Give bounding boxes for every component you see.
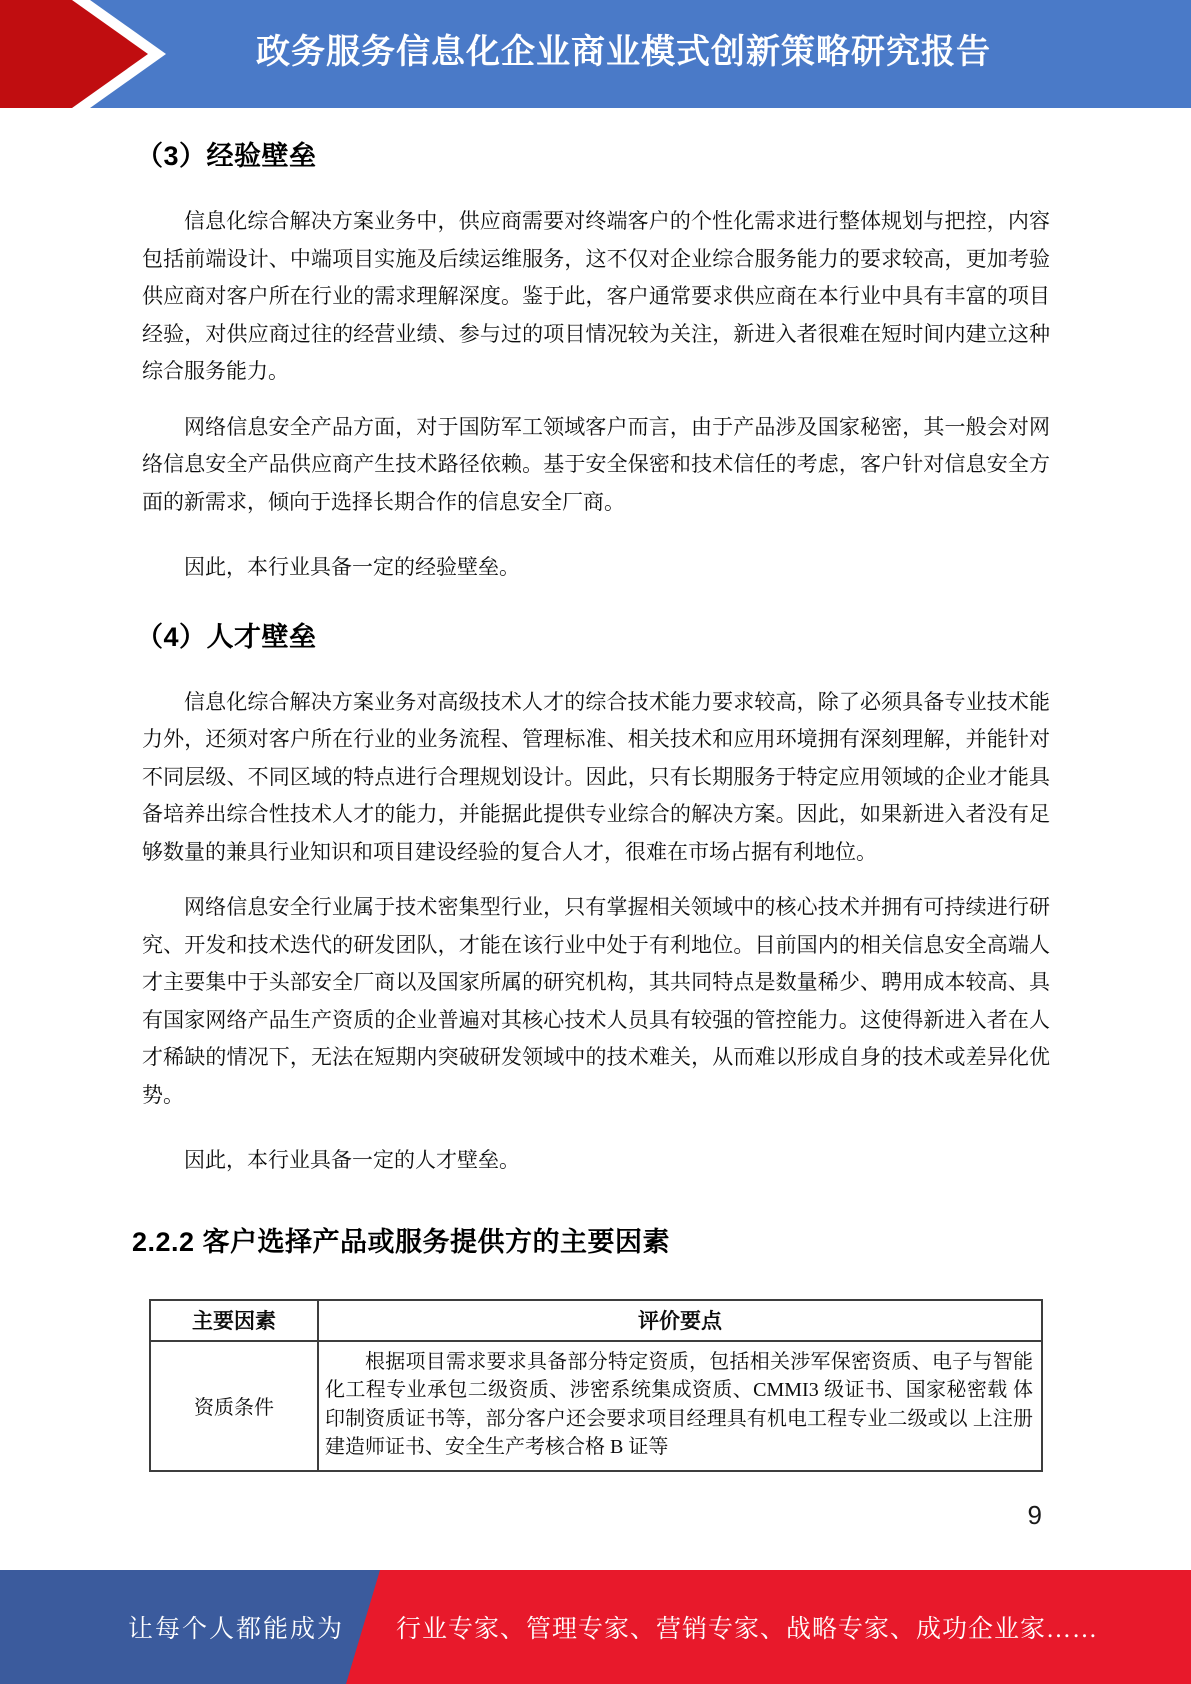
body-paragraph: 信息化综合解决方案业务对高级技术人才的综合技术能力要求较高，除了必须具备专业技术…	[142, 684, 1050, 872]
section-heading-talent-barrier: （4）人才壁垒	[136, 615, 1050, 654]
subsection-heading-customer-factors: 2.2.2 客户选择产品或服务提供方的主要因素	[132, 1220, 1050, 1259]
page-header: 政务服务信息化企业商业模式创新策略研究报告	[0, 0, 1191, 108]
page-number: 9	[142, 1500, 1050, 1531]
column-header-points: 评价要点	[318, 1300, 1042, 1341]
table-header-row: 主要因素 评价要点	[150, 1300, 1042, 1341]
factor-cell: 资质条件	[150, 1341, 318, 1471]
footer-slogan-left: 让每个人都能成为	[0, 1570, 344, 1684]
body-paragraph: 信息化综合解决方案业务中，供应商需要对终端客户的个性化需求进行整体规划与把控，内…	[142, 203, 1050, 391]
body-paragraph: 因此，本行业具备一定的经验壁垒。	[142, 549, 1050, 587]
column-header-factor: 主要因素	[150, 1300, 318, 1341]
points-cell: 根据项目需求要求具备部分特定资质，包括相关涉军保密资质、电子与智能化工程专业承包…	[318, 1341, 1042, 1471]
table-row: 资质条件 根据项目需求要求具备部分特定资质，包括相关涉军保密资质、电子与智能化工…	[150, 1341, 1042, 1471]
body-paragraph: 网络信息安全行业属于技术密集型行业，只有掌握相关领域中的核心技术并拥有可持续进行…	[142, 889, 1050, 1114]
document-body: （3）经验壁垒 信息化综合解决方案业务中，供应商需要对终端客户的个性化需求进行整…	[142, 108, 1050, 1531]
footer-slogan-right: 行业专家、管理专家、营销专家、战略专家、成功企业家……	[396, 1570, 1098, 1684]
section-heading-experience-barrier: （3）经验壁垒	[136, 134, 1050, 173]
report-title: 政务服务信息化企业商业模式创新策略研究报告	[0, 0, 1191, 96]
page-footer: 让每个人都能成为 行业专家、管理专家、营销专家、战略专家、成功企业家……	[0, 1570, 1191, 1684]
factors-table: 主要因素 评价要点 资质条件 根据项目需求要求具备部分特定资质，包括相关涉军保密…	[149, 1299, 1043, 1472]
body-paragraph: 因此，本行业具备一定的人才壁垒。	[142, 1142, 1050, 1180]
body-paragraph: 网络信息安全产品方面，对于国防军工领域客户而言，由于产品涉及国家秘密，其一般会对…	[142, 409, 1050, 522]
report-page: 政务服务信息化企业商业模式创新策略研究报告 （3）经验壁垒 信息化综合解决方案业…	[0, 0, 1191, 1684]
